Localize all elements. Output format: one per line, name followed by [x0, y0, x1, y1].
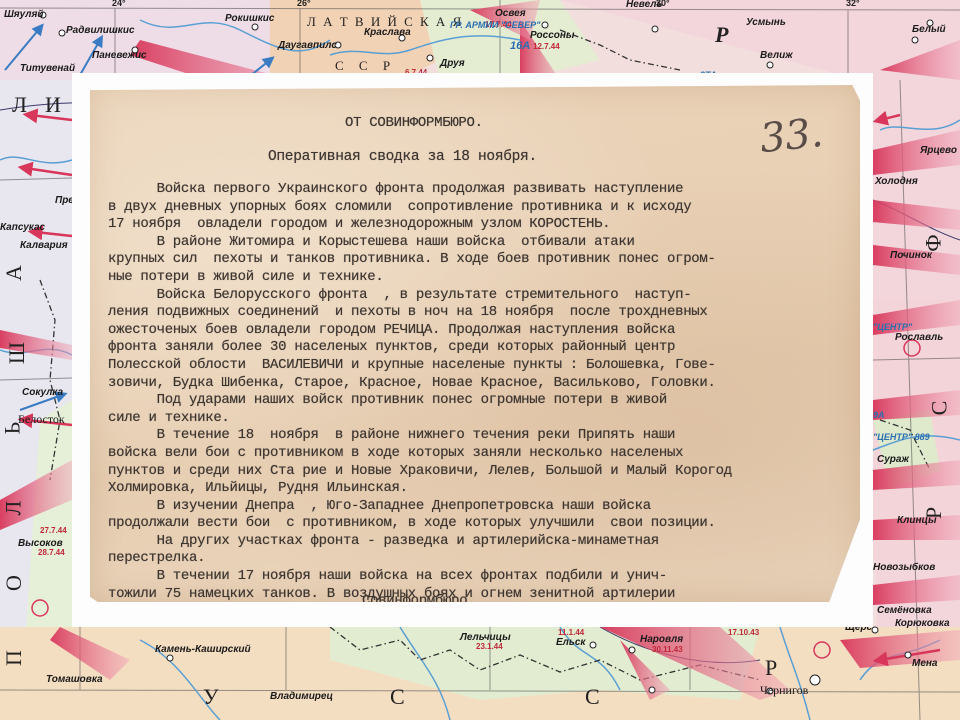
- text-line: В течение 18 ноября в районе нижнего теч…: [108, 427, 848, 445]
- city-label: Корюковка: [895, 618, 950, 629]
- region-label: Р: [715, 22, 728, 48]
- city-label: Рославль: [895, 332, 943, 343]
- city-label: Рокишкис: [225, 13, 274, 24]
- army-label: 9А: [873, 410, 885, 420]
- date-label: 27.7.44: [40, 526, 67, 535]
- city-label: Холодня: [875, 176, 918, 187]
- city-label: Белосток: [18, 412, 65, 427]
- degree-label: 24°: [112, 0, 126, 8]
- city-label: Друя: [440, 58, 465, 69]
- city-label: Чернигов: [760, 683, 808, 698]
- region-label: У: [203, 684, 219, 710]
- region-label: С: [585, 684, 600, 710]
- text-line: Полесской облости ВАСИЛЕВИЧИ и крупные н…: [108, 357, 848, 375]
- text-line: В течении 17 ноября наши войска на всех …: [108, 568, 848, 586]
- text-line: Под ударами наших войск противник понес …: [108, 392, 848, 410]
- text-line: тожили 75 намецких танков. В воздушных б…: [108, 586, 848, 604]
- city-label: Радвилишкис: [66, 25, 135, 36]
- city-label: Белый: [912, 24, 946, 35]
- city-label: Наровля: [640, 634, 683, 645]
- city-label: Семёновка: [877, 605, 932, 616]
- text-line: войска вели бои с противником в ходе кот…: [108, 445, 848, 463]
- text-line: перестрелка.: [108, 550, 848, 568]
- page-number-handwritten: 33.: [758, 110, 825, 162]
- region-label: Р: [765, 655, 777, 681]
- city-label: Шяуляй: [4, 9, 43, 20]
- city-label: Капсукас: [0, 222, 45, 233]
- region-label: П: [1, 650, 27, 666]
- city-label: Сокулка: [22, 387, 63, 398]
- text-line: зовичи, Будка Шибенка, Старое, Красное, …: [108, 375, 848, 393]
- city-label: Мена: [912, 658, 938, 669]
- army-label: "ЦЕНТР": [873, 322, 912, 332]
- text-line: В районе Житомира и Корыстешева наши вой…: [108, 234, 848, 252]
- text-line: крупных сил пехоты и танков противника. …: [108, 251, 848, 269]
- date-label: 17.10.43: [728, 628, 759, 637]
- date-label: 12.7.44: [533, 42, 560, 51]
- text-line: ожесточеных боев овладели городом РЕЧИЦА…: [108, 322, 848, 340]
- text-line: Войска первого Украинского фронта продол…: [108, 181, 848, 199]
- text-line: Войска Белорусского фронта , в результат…: [108, 287, 848, 305]
- document-subtitle: Оперативная сводка за 18 ноября.: [268, 149, 537, 165]
- typewritten-document: ОТ СОВИНФОРМБЮРО. 33. Оперативная сводка…: [90, 85, 860, 602]
- city-label: Паневежис: [92, 50, 147, 61]
- city-label: Клинцы: [897, 515, 937, 526]
- date-label: 11.1.44: [558, 628, 584, 637]
- text-line: пунктов и среди них Ста рие и Новые Храк…: [108, 463, 848, 481]
- region-label: О: [1, 575, 27, 591]
- city-label: Россоны: [530, 30, 574, 41]
- city-label: Починок: [890, 250, 932, 261]
- text-line: ные потери в живой силе и технике.: [108, 269, 848, 287]
- region-label: Л: [0, 501, 26, 516]
- region-label: Л: [12, 92, 27, 118]
- text-line: продолжали вести бои с противником, в хо…: [108, 515, 848, 533]
- text-line: На других участках фронта - разведка и а…: [108, 533, 848, 551]
- army-label: ГР. АРМИИ "СЕВЕР": [450, 20, 540, 30]
- city-label: Новозыбков: [873, 562, 935, 573]
- city-label: Титувенай: [20, 63, 75, 74]
- text-line: 17 ноября овладели городом и железнодоро…: [108, 216, 848, 234]
- text-line: Холмировка, Ильйицы, Рудня Ильинская.: [108, 480, 848, 498]
- city-label: Усмынь: [746, 17, 786, 28]
- city-label: Ярцево: [920, 145, 957, 156]
- army-label: "ЦЕНТР" 889: [873, 432, 930, 442]
- city-label: Краслава: [364, 27, 411, 38]
- city-label: Камень-Каширский: [155, 644, 251, 655]
- region-label: А: [1, 265, 27, 281]
- city-label: Владимирец: [270, 691, 333, 702]
- document-header: ОТ СОВИНФОРМБЮРО.: [345, 115, 483, 131]
- city-label: Сураж: [877, 454, 909, 465]
- text-line: фронта заняли более 30 населеных пунктов…: [108, 339, 848, 357]
- city-label: Освея: [495, 8, 526, 19]
- city-label: Ельск: [556, 637, 585, 648]
- region-label: Ш: [4, 342, 30, 364]
- region-label: И: [45, 92, 61, 118]
- city-label: Томашовка: [46, 674, 103, 685]
- region-label: С: [926, 401, 952, 416]
- document-text: Войска первого Украинского фронта продол…: [108, 181, 848, 621]
- date-label: 28.7.44: [38, 548, 65, 557]
- army-label: 16А: [510, 40, 530, 52]
- region-label: С: [390, 684, 405, 710]
- degree-label: 32°: [846, 0, 860, 8]
- text-line: в двух дневных упорных боях сломили сопр…: [108, 199, 848, 217]
- date-label: 30.11.43: [652, 645, 683, 654]
- city-label: Даугавпилс: [278, 40, 337, 51]
- date-label: 23.1.44: [476, 642, 503, 651]
- text-line: ления подвижных соединений и пехоты в но…: [108, 304, 848, 322]
- city-label: Велиж: [760, 50, 793, 61]
- city-label: Невель: [626, 0, 662, 10]
- degree-label: 26°: [297, 0, 311, 8]
- region-label-ssr: С С Р: [335, 58, 396, 74]
- city-label: Калвария: [20, 240, 68, 251]
- text-line: В изучении Днепра , Юго-Западнее Днепроп…: [108, 498, 848, 516]
- text-line: силе и технике.: [108, 410, 848, 428]
